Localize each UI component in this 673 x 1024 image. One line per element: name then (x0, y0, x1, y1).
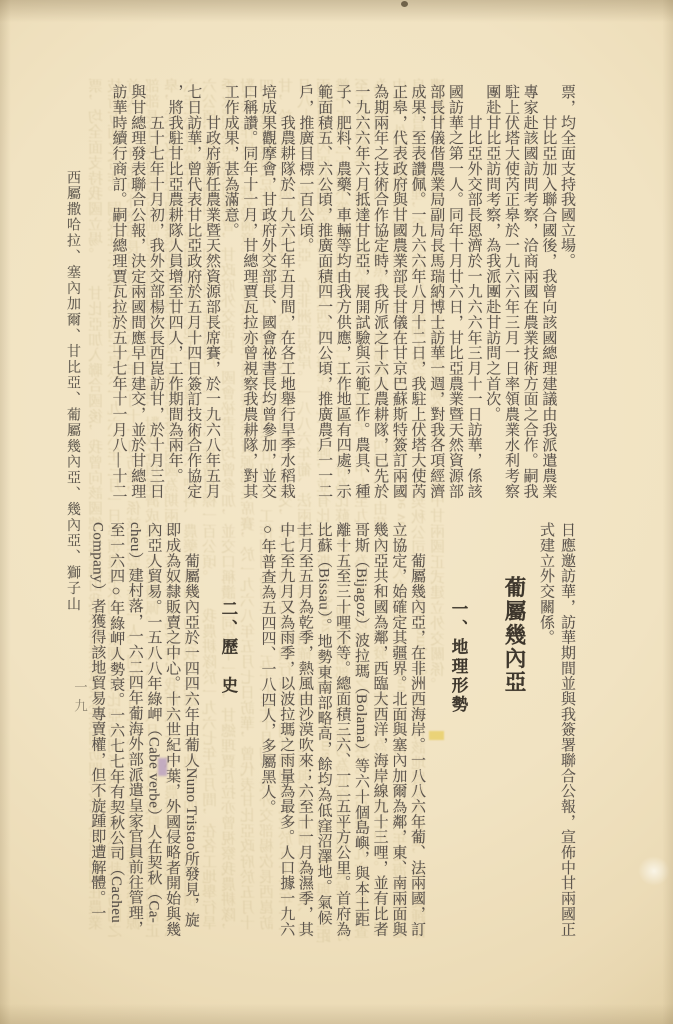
section-heading-geography: 一、地理形勢 (444, 522, 470, 938)
gambia-continuation-text: 日應邀訪華，訪華期間並與我簽署聯合公報，宣佈中甘兩國正式建立外交關係。 (536, 522, 578, 938)
geography-text: 葡屬幾內亞，在非洲西海岸。一八八六年葡、法兩國，訂立協定，始確定其疆界。北面與塞… (260, 522, 428, 938)
text-column: 日應邀訪華，訪華期間並與我簽署聯合公報，宣佈中甘兩國正 (557, 522, 578, 938)
page-number: 一九 (69, 680, 89, 717)
text-column: 葡屬幾內亞，在非洲西海岸。一八八六年葡、法兩國，訂 (409, 522, 428, 938)
margin-running-title: 西屬撒哈拉、塞內加爾、甘比亞、葡屬幾內亞、幾內亞、獅子山 (62, 170, 82, 612)
scanned-book-page: 票，均全面支持我國立場。 甘比亞加入聯合國後，我曾向該國總理建議由我派遣農業專家… (0, 0, 673, 1024)
text-column: 票，均全面支持我國立場。 (559, 84, 578, 502)
paper-flaw (638, 856, 670, 886)
guinea-chapter-block: 日應邀訪華，訪華期間並與我簽署聯合公報，宣佈中甘兩國正式建立外交關係。 葡屬幾內… (90, 522, 578, 938)
text-column: 式建立外交關係。 (536, 522, 557, 938)
section-heading-history: 二、歷 史 (214, 522, 240, 938)
gambia-section-text: 票，均全面支持我國立場。 甘比亞加入聯合國後，我曾向該國總理建議由我派遣農業專家… (108, 84, 578, 502)
text-column: 葡屬幾內亞於一四四六年由葡人Nuno Tristao所發見，旋 (183, 522, 202, 938)
history-text: 葡屬幾內亞於一四四六年由葡人Nuno Tristao所發見，旋即成為奴隸販賣之中… (90, 522, 202, 938)
ink-speck (401, 1, 408, 7)
chapter-title: 葡屬幾內亞 (498, 522, 530, 938)
